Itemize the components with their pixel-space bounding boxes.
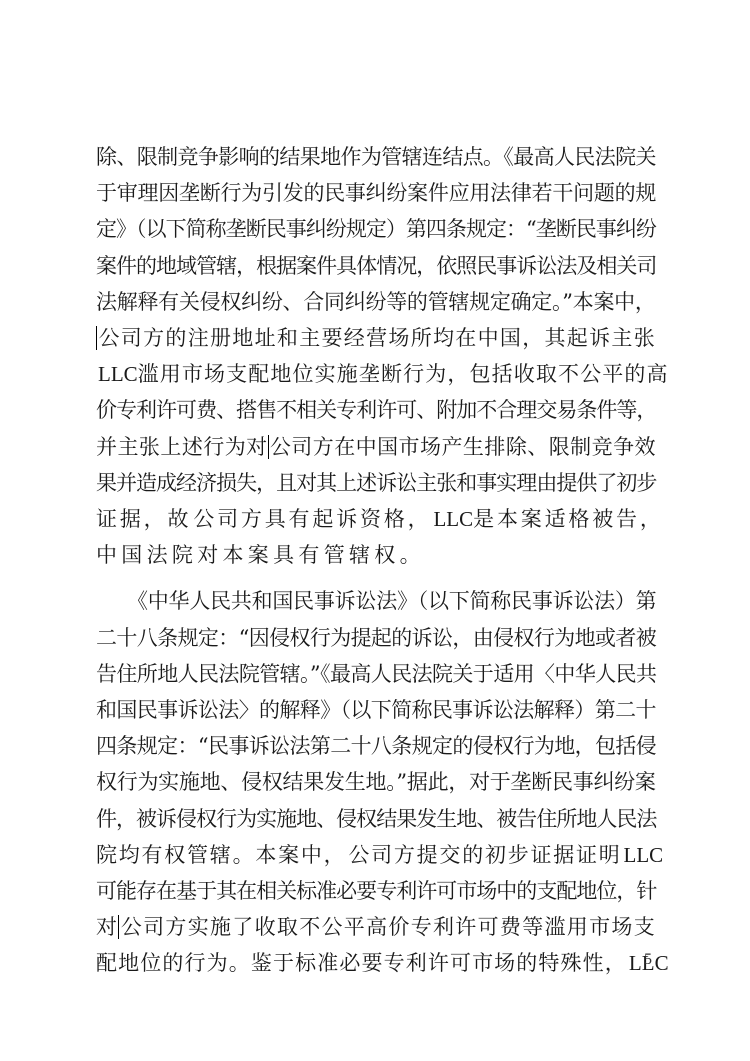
text-segment: 中国法院对本案具有管辖权。 <box>96 540 425 570</box>
text-line: 案件的地域管辖，根据案件具体情况，依照民事诉讼法及相关司 <box>96 251 656 281</box>
text-line: 证据，故公司方具有起诉资格， LLC 是本案适格被告， <box>96 504 656 534</box>
redaction-box <box>96 326 97 350</box>
text-segment: 公司方具有起诉资格， <box>193 504 431 534</box>
text-line: 除、限制竞争影响的结果地作为管辖连结点。《最高人民法院关 <box>96 142 656 172</box>
text-segment: 法解释有关侵权纠纷、合同纠纷等的管辖规定确定。”本案中， <box>96 287 656 317</box>
text-line: LLC 滥用市场支配地位实施垄断行为，包括收取不公平的高 <box>96 359 656 389</box>
text-line: 告住所地人民法院管辖。”《最高人民法院关于适用〈中华人民共 <box>96 659 656 689</box>
text-segment: 权行为实施地、侵权结果发生地。”据此，对于垄断民事纠纷案 <box>96 767 656 797</box>
text-line: 公司方的注册地址和主要经营场所均在中国，其起诉主张 <box>96 323 656 353</box>
text-segment: 案件的地域管辖，根据案件具体情况，依照民事诉讼法及相关司 <box>96 251 656 281</box>
text-line: 件，被诉侵权行为实施地、侵权结果发生地、被告住所地人民法 <box>96 804 656 834</box>
text-segment: 件，被诉侵权行为实施地、侵权结果发生地、被告住所地人民法 <box>96 804 656 834</box>
text-segment: 公司方的注册地址和主要经营场所均在中国，其起诉主张 <box>99 323 657 353</box>
text-segment: 公司方实施了收取不公平高价专利许可费等滥用市场支 <box>121 912 656 942</box>
document-page: 除、限制竞争影响的结果地作为管辖连结点。《最高人民法院关于审理因垄断行为引发的民… <box>0 0 750 1061</box>
text-segment: 除、限制竞争影响的结果地作为管辖连结点。《最高人民法院关 <box>96 142 656 172</box>
text-segment: LLC <box>433 504 473 534</box>
text-segment: 对 <box>96 912 118 942</box>
text-line: 于审理因垄断行为引发的民事纠纷案件应用法律若干问题的规 <box>96 178 656 208</box>
page-number: 5 <box>644 951 652 969</box>
text-segment: 公司方在中国市场产生排除、限制竞争效 <box>270 432 656 462</box>
text-segment: 可能存在基于其在相关标准必要专利许可市场中的支配地位，针 <box>96 876 656 906</box>
text-line: 果并造成经济损失，且对其上述诉讼主张和事实理由提供了初步 <box>96 468 656 498</box>
text-segment: 是本案适格被告， <box>473 504 664 534</box>
text-segment: 和国民事诉讼法〉的解释》（以下简称民事诉讼法解释）第二十 <box>96 695 656 725</box>
text-segment: 定》（以下简称垄断民事纠纷规定）第四条规定：“垄断民事纠纷 <box>96 214 656 244</box>
text-segment: 《中华人民共和国民事诉讼法》（以下简称民事诉讼法）第 <box>96 586 656 616</box>
text-line: 中国法院对本案具有管辖权。 <box>96 540 656 570</box>
text-line: 配地位的行为。鉴于标准必要专利许可市场的特殊性， LLC <box>96 948 656 978</box>
text-line: 法解释有关侵权纠纷、合同纠纷等的管辖规定确定。”本案中， <box>96 287 656 317</box>
text-line: 院均有权管辖。本案中，公司方提交的初步证据证明LLC <box>96 840 656 870</box>
text-segment: 告住所地人民法院管辖。”《最高人民法院关于适用〈中华人民共 <box>96 659 656 689</box>
text-segment: LLC <box>98 359 138 389</box>
text-line: 和国民事诉讼法〉的解释》（以下简称民事诉讼法解释）第二十 <box>96 695 656 725</box>
text-segment: 价专利许可费、搭售不相关专利许可、附加不合理交易条件等， <box>96 395 656 425</box>
text-segment: 院均有权管辖。本案中， <box>96 840 346 870</box>
text-line: 《中华人民共和国民事诉讼法》（以下简称民事诉讼法）第 <box>96 586 656 616</box>
text-segment: LLC <box>624 840 664 870</box>
text-line: 可能存在基于其在相关标准必要专利许可市场中的支配地位，针 <box>96 876 656 906</box>
text-segment: 配地位的行为。鉴于标准必要专利许可市场的特殊性， <box>96 948 627 978</box>
text-segment: 于审理因垄断行为引发的民事纠纷案件应用法律若干问题的规 <box>96 178 656 208</box>
text-segment: 证据，故 <box>96 504 191 534</box>
text-segment: 公司方提交的初步证据证明 <box>348 840 621 870</box>
text-segment: 四条规定：“民事诉讼法第二十八条规定的侵权行为地，包括侵 <box>96 731 656 761</box>
text-segment: 果并造成经济损失，且对其上述诉讼主张和事实理由提供了初步 <box>96 468 656 498</box>
text-line: 并主张上述行为对公司方在中国市场产生排除、限制竞争效 <box>96 432 656 462</box>
text-line: 价专利许可费、搭售不相关专利许可、附加不合理交易条件等， <box>96 395 656 425</box>
text-line: 二十八条规定：“因侵权行为提起的诉讼，由侵权行为地或者被 <box>96 623 656 653</box>
text-line: 对公司方实施了收取不公平高价专利许可费等滥用市场支 <box>96 912 656 942</box>
text-line: 定》（以下简称垄断民事纠纷规定）第四条规定：“垄断民事纠纷 <box>96 214 656 244</box>
text-segment: 并主张上述行为对 <box>96 432 268 462</box>
text-segment: 滥用市场支配地位实施垄断行为，包括收取不公平的高 <box>138 359 669 389</box>
text-line: 四条规定：“民事诉讼法第二十八条规定的侵权行为地，包括侵 <box>96 731 656 761</box>
text-segment: 二十八条规定：“因侵权行为提起的诉讼，由侵权行为地或者被 <box>96 623 656 653</box>
text-line: 权行为实施地、侵权结果发生地。”据此，对于垄断民事纠纷案 <box>96 767 656 797</box>
